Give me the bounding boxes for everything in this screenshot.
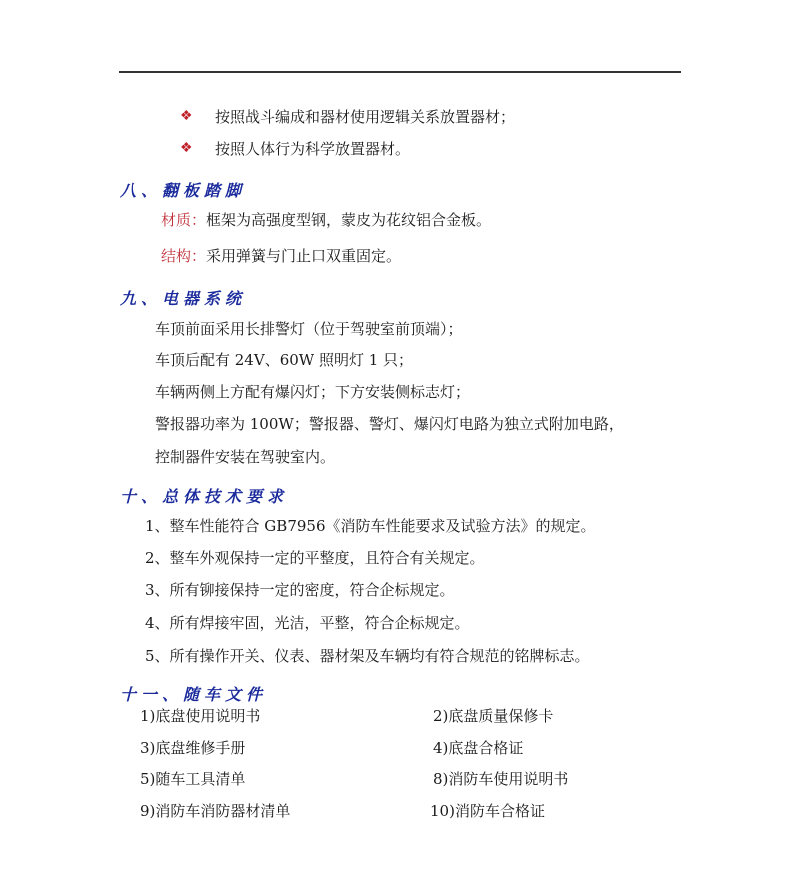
requirement-item: 2、整车外观保持一定的平整度，且符合有关规定。 xyxy=(145,548,485,568)
document-item: 4)底盘合格证 xyxy=(433,738,523,758)
material-line: 材质：框架为高强度型钢，蒙皮为花纹铝合金板。 xyxy=(161,210,491,230)
requirement-item: 5、所有操作开关、仪表、器材架及车辆均有符合规范的铭牌标志。 xyxy=(145,646,590,666)
diamond-bullet-icon: ❖ xyxy=(180,108,193,124)
electric-line: 车辆两侧上方配有爆闪灯；下方安装侧标志灯； xyxy=(155,382,470,402)
structure-text: 采用弹簧与门止口双重固定。 xyxy=(206,247,401,265)
section-heading-11: 十一、随车文件 xyxy=(120,682,267,705)
document-item: 9)消防车消防器材清单 xyxy=(140,801,290,821)
document-item: 8)消防车使用说明书 xyxy=(433,769,568,789)
section-heading-10: 十、总体技术要求 xyxy=(120,484,288,507)
section-heading-8: 八、翻板踏脚 xyxy=(120,178,246,201)
electric-line: 车顶后配有 24V、60W 照明灯 1 只； xyxy=(155,350,413,370)
requirement-item: 4、所有焊接牢固，光洁，平整，符合企标规定。 xyxy=(145,613,470,633)
bullet-item: 按照人体行为科学放置器材。 xyxy=(215,139,410,159)
bullet-item: 按照战斗编成和器材使用逻辑关系放置器材； xyxy=(215,107,515,127)
document-item: 3)底盘维修手册 xyxy=(140,738,245,758)
document-item: 2)底盘质量保修卡 xyxy=(433,706,553,726)
requirement-item: 1、整车性能符合 GB7956《消防车性能要求及试验方法》的规定。 xyxy=(145,516,596,536)
structure-label: 结构： xyxy=(161,247,206,265)
requirement-item: 3、所有铆接保持一定的密度，符合企标规定。 xyxy=(145,580,455,600)
material-label: 材质： xyxy=(161,211,206,229)
top-divider xyxy=(119,71,681,73)
electric-line: 车顶前面采用长排警灯（位于驾驶室前顶端）； xyxy=(155,319,463,339)
section-heading-9: 九、电器系统 xyxy=(120,286,246,309)
document-item: 10)消防车合格证 xyxy=(430,801,545,821)
document-item: 1)底盘使用说明书 xyxy=(140,706,260,726)
electric-line: 控制器件安装在驾驶室内。 xyxy=(155,447,335,467)
electric-line: 警报器功率为 100W；警报器、警灯、爆闪灯电路为独立式附加电路， xyxy=(155,414,624,434)
diamond-bullet-icon: ❖ xyxy=(180,140,193,156)
material-text: 框架为高强度型钢，蒙皮为花纹铝合金板。 xyxy=(206,211,491,229)
document-item: 5)随车工具清单 xyxy=(140,769,245,789)
structure-line: 结构：采用弹簧与门止口双重固定。 xyxy=(161,246,401,266)
